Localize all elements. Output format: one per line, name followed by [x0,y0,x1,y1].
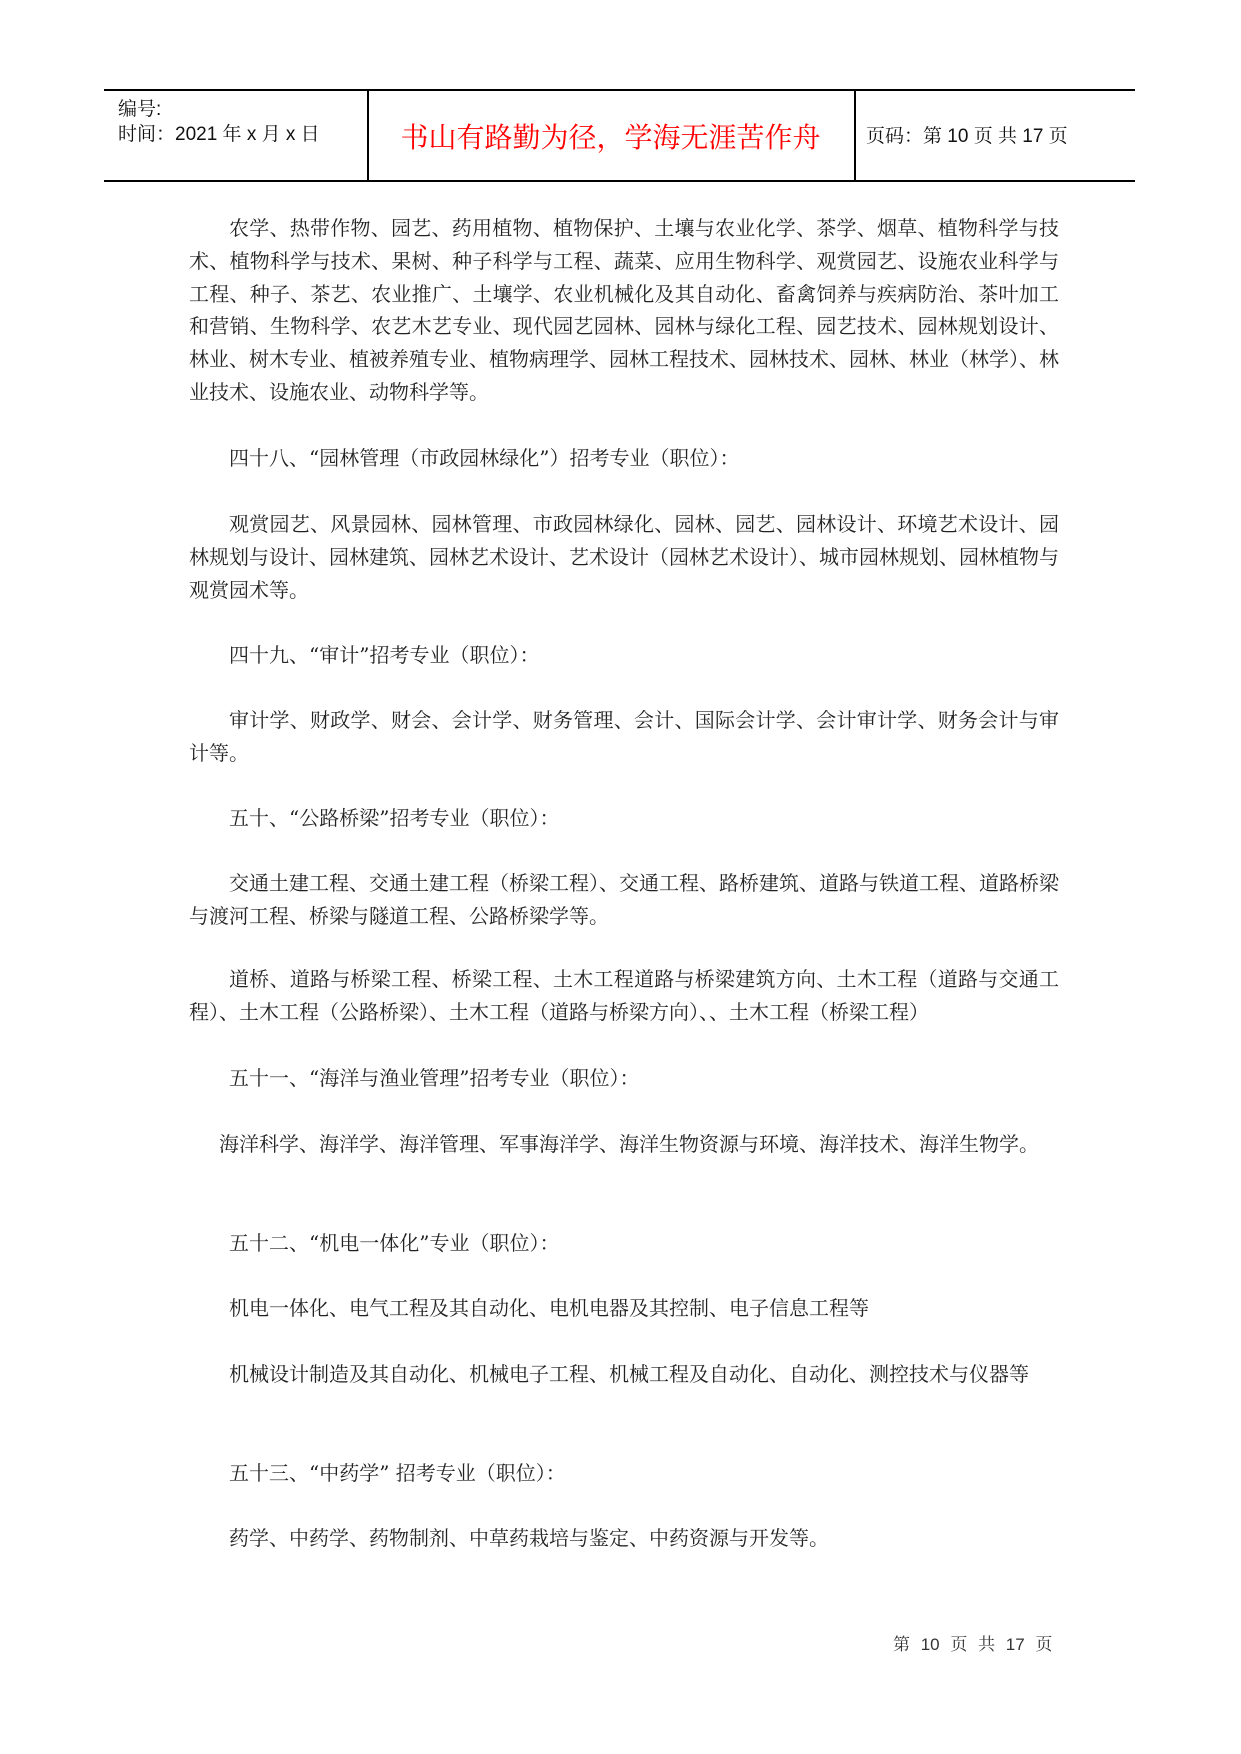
paragraph-tcm-majors: 药学、中药学、药物制剂、中草药栽培与鉴定、中药资源与开发等。 [189,1522,1059,1555]
header-page-cell: 页码：第 10 页 共 17 页 [854,91,1135,180]
document-time-label: 时间：2021 年 x 月 x 日 [118,122,320,147]
header-page-code: 页码：第 10 页 共 17 页 [866,121,1068,148]
paragraph-bridge-majors-1: 交通土建工程、交通土建工程（桥梁工程）、交通工程、路桥建筑、道路与铁道工程、道路… [189,867,1059,933]
paragraph-audit-majors: 审计学、财政学、财会、会计学、财务管理、会计、国际会计学、会计审计学、财务会计与… [189,704,1059,770]
paragraph-landscape-majors: 观赏园艺、风景园林、园林管理、市政园林绿化、园林、园艺、园林设计、环境艺术设计、… [189,508,1059,606]
page-footer-indicator: 第 10 页 共 17 页 [893,1630,1052,1655]
header-meta-cell: 编号: 时间：2021 年 x 月 x 日 [104,91,369,180]
paragraph-mechatronics-majors-2: 机械设计制造及其自动化、机械电子工程、机械工程及自动化、自动化、测控技术与仪器等 [189,1358,1059,1391]
section-heading-48: 四十八、“园林管理（市政园林绿化”）招考专业（职位）： [189,442,1059,475]
paragraph-agriculture-majors: 农学、热带作物、园艺、药用植物、植物保护、土壤与农业化学、茶学、烟草、植物科学与… [189,212,1059,409]
paragraph-ocean-majors: 海洋科学、海洋学、海洋管理、军事海洋学、海洋生物资源与环境、海洋技术、海洋生物学… [189,1128,1059,1161]
section-heading-49: 四十九、“审计”招考专业（职位）： [189,639,1059,672]
document-number-label: 编号: [118,97,161,122]
header-motto: 书山有路勤为径，学海无涯苦作舟 [400,116,820,156]
paragraph-bridge-majors-2: 道桥、道路与桥梁工程、桥梁工程、土木工程道路与桥梁建筑方向、土木工程（道路与交通… [189,963,1059,1029]
section-heading-50: 五十、“公路桥梁”招考专业（职位）： [189,802,1059,835]
section-heading-53: 五十三、“中药学” 招考专业（职位）： [189,1457,1059,1490]
page-header-table: 编号: 时间：2021 年 x 月 x 日 书山有路勤为径，学海无涯苦作舟 页码… [104,89,1135,182]
paragraph-mechatronics-majors-1: 机电一体化、电气工程及其自动化、电机电器及其控制、电子信息工程等 [189,1292,1059,1325]
section-heading-52: 五十二、“机电一体化”专业（职位）： [189,1227,1059,1260]
header-motto-cell: 书山有路勤为径，学海无涯苦作舟 [367,91,856,180]
section-heading-51: 五十一、“海洋与渔业管理”招考专业（职位）： [189,1062,1059,1095]
